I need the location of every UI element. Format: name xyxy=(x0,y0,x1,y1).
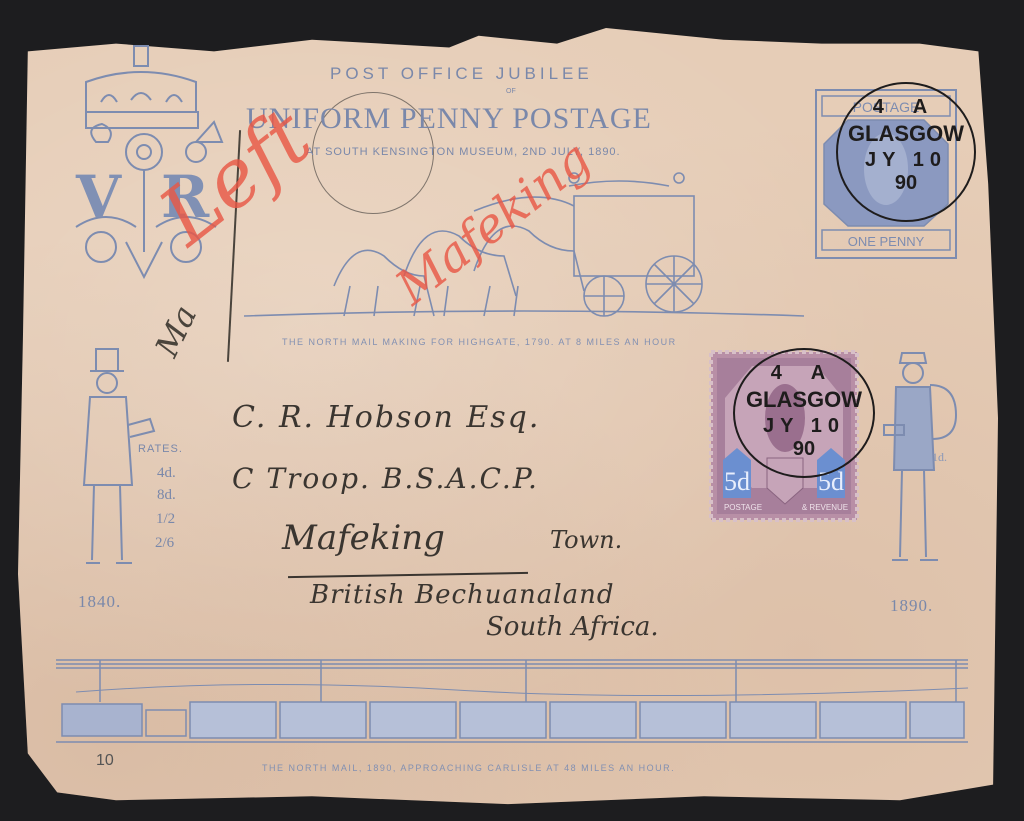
upper-scene-caption: THE NORTH MAIL MAKING FOR HIGHGATE, 1790… xyxy=(282,337,677,347)
mail-train-illustration xyxy=(56,652,968,748)
address-line-5: South Africa. xyxy=(486,612,659,642)
header-jubilee: POST OFFICE JUBILEE xyxy=(330,64,593,84)
lower-scene-caption: THE NORTH MAIL, 1890, APPROACHING CARLIS… xyxy=(262,763,675,773)
svg-text:POSTAGE: POSTAGE xyxy=(724,503,762,512)
header-title: UNIFORM PENNY POSTAGE xyxy=(246,102,652,136)
pencil-number: 10 xyxy=(96,752,114,770)
rate-1890: 1d. xyxy=(932,450,947,465)
year-1890: 1890. xyxy=(890,596,933,616)
rate-value: 4d. xyxy=(157,465,176,482)
svg-text:5d: 5d xyxy=(724,467,750,496)
header-of: OF xyxy=(506,88,516,95)
address-line-4: British Bechuanaland xyxy=(310,580,614,610)
postman-1840-figure-icon xyxy=(70,345,160,575)
rate-value: 1/2 xyxy=(156,511,175,528)
svg-text:ONE PENNY: ONE PENNY xyxy=(848,234,925,249)
address-line-2: C Troop. B.S.A.C.P. xyxy=(232,462,539,495)
svg-text:& REVENUE: & REVENUE xyxy=(802,503,848,512)
address-line-3b: Town. xyxy=(550,526,622,554)
rate-value: 8d. xyxy=(157,487,176,504)
address-line-3: Mafeking xyxy=(282,518,445,558)
address-line-1: C. R. Hobson Esq. xyxy=(232,400,540,435)
glasgow-postmark: 4 A GLASGOW JY 10 90 xyxy=(733,348,875,478)
glasgow-postmark: 4 A GLASGOW JY 10 90 xyxy=(836,82,976,222)
rates-label: RATES. xyxy=(138,443,183,455)
svg-text:V: V xyxy=(75,163,122,231)
year-1840: 1840. xyxy=(78,592,121,612)
postman-1890-figure-icon xyxy=(880,345,960,575)
rate-value: 2/6 xyxy=(155,535,174,552)
